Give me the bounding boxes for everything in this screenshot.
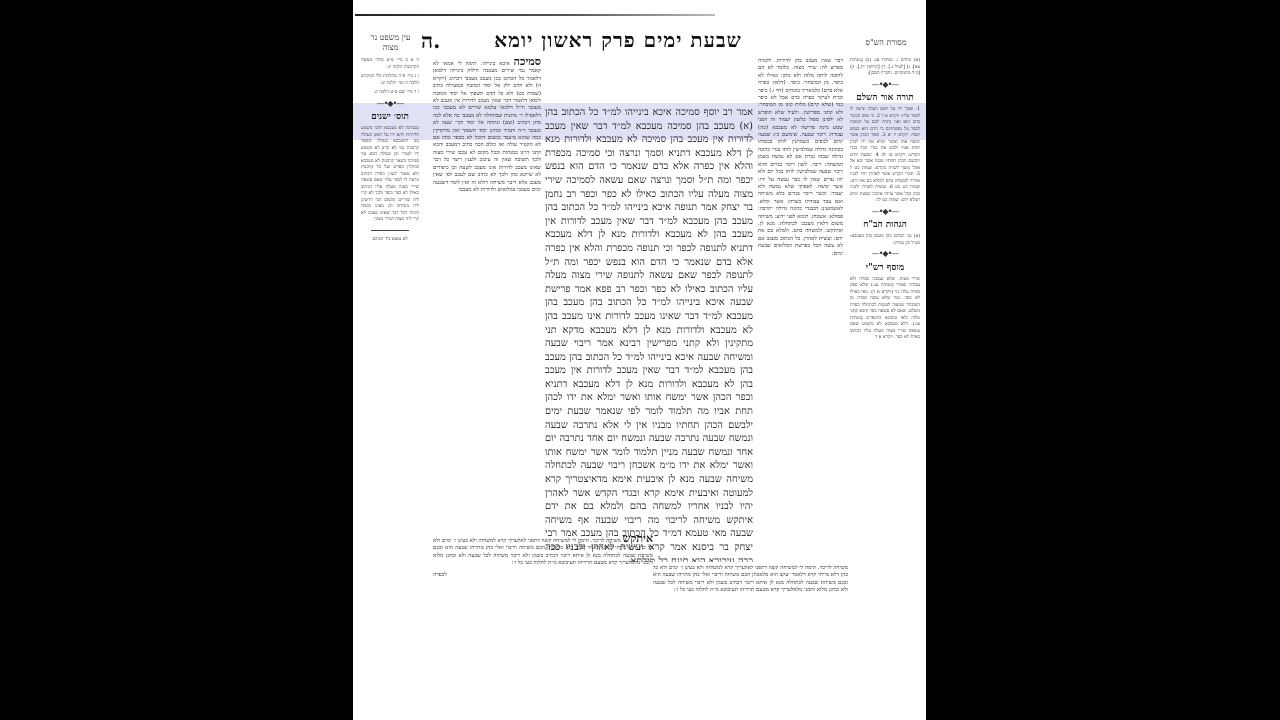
right-margin-column: (א) זבחים ו. מנחות צג: (ב) [מנחות צא]. ג… [850,58,920,628]
page-title: שבעת ימים פרק ראשון יומא [488,28,748,53]
torah-or-label: תורה אור השלם [850,92,920,104]
rashi-bottom-text: משיחה לריבוי. תימה לי למשיחה קשה דתפני ל… [653,565,848,593]
musaf-rashi-text: שירי מצוה. שלא נעכבה כפרה ולא עבודה ואמר… [850,277,920,342]
hagahot-label: הגהות הב"ח [850,219,920,231]
tosafot-heading: סמיכה [514,58,541,68]
tosafot-yeshanim-text: בסמיכה לא מעכבא דהכי משמע ולדורות ויהא י… [361,126,419,224]
left-margin-footnote: לא נמצא ביד הכותב [361,237,419,244]
gemara-continuation [603,460,843,570]
folio-number: ה. [421,28,440,54]
rashi-column: דבר שאין מעכב בהן לדורות. לקמיה מפרש לה:… [758,58,843,443]
ornament-divider: —•◆•— [850,82,920,89]
top-rule [355,14,715,16]
ein-mishpat-entry: ז ד מיי׳ שם פ״ט הלכה יג: [361,90,419,97]
ornament-divider: —•◆•— [361,101,419,108]
ornament-divider: —•◆•— [850,251,920,258]
ornament-divider: —•◆•— [850,209,920,216]
torah-or-text: 1. וסמך ידו על ראש העלה ונרצה לו לכפר על… [850,107,920,205]
ein-mishpat-entry: ה א ב מיי׳ פ״ט מהל׳ מעשה הקרבנות הלכה יג… [361,58,419,71]
ein-mishpat-entry: ו ג מיי׳ פ״ה מהלכות כלי המקדש הלכה ח וסי… [361,74,419,87]
catchword: לכפרה [433,572,653,579]
left-margin-column: ה א ב מיי׳ פ״ט מהל׳ מעשה הקרבנות הלכה יג… [361,58,419,418]
ein-mishpat-heading: עין משפט נר מצוה [363,33,418,53]
mesoret-entry: (א) זבחים ו. מנחות צג: (ב) [מנחות צא]. ג… [850,58,920,78]
tosafot-yeshanim-label: תוס׳ ישנים [361,111,419,123]
mesoret-hashas-heading: מסורת הש"ס [851,38,921,47]
tosafot-column: סמיכה איבא בינייהו. תימה לי אמאי לא קאמר… [433,58,541,528]
footnote-rule [371,230,409,231]
talmud-page: עין משפט נר מצוה ה. שבעת ימים פרק ראשון … [353,0,926,720]
tosafot-text: איבא בינייהו. תימה לי אמאי לא קאמר נמי ש… [433,61,541,193]
rashi-bottom-block: משיחה לריבוי. תימה לי למשיחה קשה דתפני ל… [653,565,848,635]
rashi-text: דבר שאין מעכב בהן לדורות. לקמיה מפרש לה:… [758,58,843,257]
musaf-rashi-label: מוסף רש"י [850,262,920,274]
hagahot-text: (א) גמ׳ הכתוב בהן מעכב בהן מעכבא: כצ״ל ו… [850,234,920,247]
